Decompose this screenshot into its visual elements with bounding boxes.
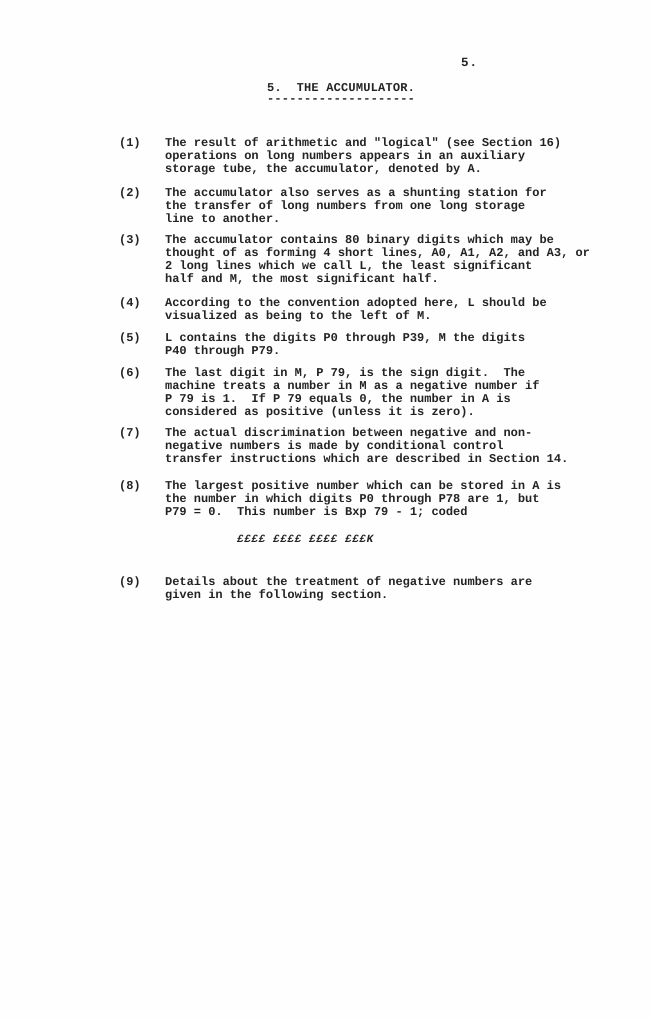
item-text: Details about the treatment of negative … (165, 576, 532, 602)
item-text: The last digit in M, P 79, is the sign d… (165, 367, 539, 419)
section-heading-underline: -------------------- (267, 93, 415, 106)
teleprinter-coded-number: ££££ ££££ ££££ £££K (237, 534, 374, 546)
item-text: The actual discrimination between negati… (165, 427, 568, 466)
list-item: (8) The largest positive number which ca… (119, 480, 561, 519)
page-number: 5. (461, 56, 478, 70)
list-item: (5) L contains the digits P0 through P39… (119, 332, 525, 358)
item-number: (9) (119, 576, 165, 602)
item-number: (1) (119, 137, 165, 176)
item-number: (3) (119, 234, 165, 286)
item-number: (6) (119, 367, 165, 419)
list-item: (6) The last digit in M, P 79, is the si… (119, 367, 539, 419)
item-text: The largest positive number which can be… (165, 480, 561, 519)
item-number: (7) (119, 427, 165, 466)
list-item: (7) The actual discrimination between ne… (119, 427, 568, 466)
list-item: (2) The accumulator also serves as a shu… (119, 187, 547, 226)
item-text: The accumulator also serves as a shuntin… (165, 187, 547, 226)
item-text: L contains the digits P0 through P39, M … (165, 332, 525, 358)
scanned-document-page: 5. 5. THE ACCUMULATOR. -----------------… (0, 0, 650, 1020)
list-item: (3) The accumulator contains 80 binary d… (119, 234, 590, 286)
item-text: The result of arithmetic and "logical" (… (165, 137, 561, 176)
list-item: (4) According to the convention adopted … (119, 297, 547, 323)
list-item: (9) Details about the treatment of negat… (119, 576, 532, 602)
item-number: (5) (119, 332, 165, 358)
item-number: (2) (119, 187, 165, 226)
list-item: (1) The result of arithmetic and "logica… (119, 137, 561, 176)
item-number: (4) (119, 297, 165, 323)
item-text: The accumulator contains 80 binary digit… (165, 234, 590, 286)
item-number: (8) (119, 480, 165, 519)
item-text: According to the convention adopted here… (165, 297, 547, 323)
